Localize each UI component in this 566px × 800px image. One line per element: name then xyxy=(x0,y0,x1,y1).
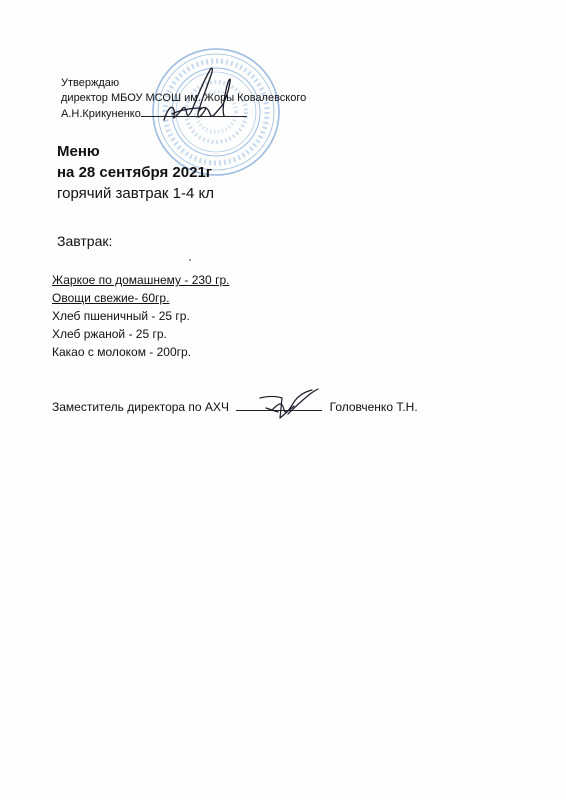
approval-label: Утверждаю xyxy=(61,76,306,91)
menu-list: Жаркое по домашнему - 230 гр. Овощи свеж… xyxy=(52,271,229,361)
menu-date: на 28 сентября 2021г xyxy=(57,163,212,182)
menu-item: Хлеб ржаной - 25 гр. xyxy=(52,325,229,343)
meal-heading: Завтрак: xyxy=(57,232,112,250)
approver-name: А.Н.Крикуненко xyxy=(61,108,141,120)
approver-signature-line: А.Н.Крикуненко xyxy=(61,106,306,122)
scan-speck xyxy=(189,259,191,261)
deputy-name: Головченко Т.Н. xyxy=(330,400,418,414)
document-title: Меню xyxy=(57,142,100,161)
approval-block: Утверждаю директор МБОУ МСОШ им. Жоры Ко… xyxy=(61,76,306,122)
signature-underline xyxy=(141,106,247,117)
menu-item: Какао с молоком - 200гр. xyxy=(52,343,229,361)
menu-item: Овощи свежие- 60гр. xyxy=(52,289,229,307)
deputy-signature-block: Заместитель директора по АХЧ Головченко … xyxy=(52,399,418,415)
menu-subtitle: горячий завтрак 1-4 кл xyxy=(57,184,214,203)
deputy-signature-underline xyxy=(236,399,322,411)
document-page: Утверждаю директор МБОУ МСОШ им. Жоры Ко… xyxy=(0,0,566,800)
deputy-position: Заместитель директора по АХЧ xyxy=(52,400,229,414)
menu-item: Хлеб пшеничный - 25 гр. xyxy=(52,307,229,325)
approver-position: директор МБОУ МСОШ им. Жоры Ковалевского xyxy=(61,91,306,106)
menu-item: Жаркое по домашнему - 230 гр. xyxy=(52,271,229,289)
